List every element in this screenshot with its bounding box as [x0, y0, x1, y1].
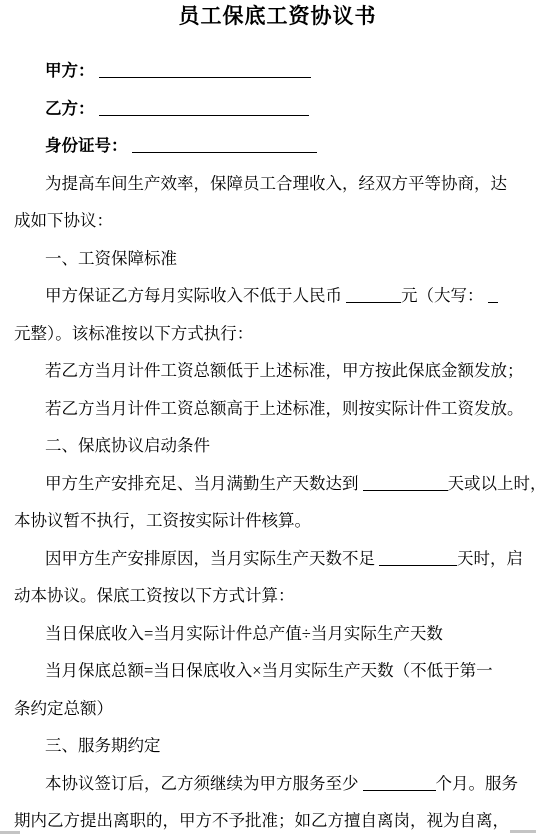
preamble-line-2: 成如下协议： — [14, 202, 541, 240]
text-run: 三、服务期约定 — [45, 736, 161, 755]
text-run: 动本协议。保底工资按以下方式计算： — [14, 586, 295, 605]
text-run: 若乙方当月计件工资总额高于上述标准，则按实际计件工资发放。 — [45, 399, 524, 418]
section-2-para2-line-1: 因甲方生产安排原因，当月实际生产天数不足天时，启 — [14, 540, 541, 578]
fill-in-blank-underline[interactable] — [379, 549, 457, 566]
fill-in-blank-underline[interactable] — [99, 99, 309, 116]
text-run: 天时，启 — [457, 549, 523, 568]
fill-in-blank-underline[interactable] — [363, 474, 448, 491]
section-1-heading: 一、工资保障标准 — [14, 240, 541, 278]
text-run: 元（大写： — [401, 286, 484, 305]
text-run: 元整）。该标准按以下方式执行： — [14, 324, 253, 343]
text-run: 天或以上时， — [448, 474, 547, 493]
section-2-para1-line-2: 本协议暂不执行，工资按实际计件核算。 — [14, 502, 541, 540]
field-label: 甲方： — [45, 61, 95, 80]
section-1-para-line-1: 甲方保证乙方每月实际收入不低于人民币元（大写： — [14, 277, 541, 315]
formula-monthly-line-2: 条约定总额） — [14, 690, 541, 728]
text-run: 甲方生产安排充足、当月满勤生产天数达到 — [45, 474, 359, 493]
text-run: 条约定总额） — [14, 699, 113, 718]
fill-in-blank-underline[interactable] — [363, 774, 436, 791]
section-3-para-line-2: 期内乙方提出离职的，甲方不予批准；如乙方擅自离岗，视为自离， — [14, 802, 541, 835]
fill-in-blank-underline[interactable] — [346, 286, 401, 303]
fill-in-blank-underline[interactable] — [132, 136, 317, 153]
fill-in-blank-underline[interactable] — [99, 61, 311, 78]
text-run: 若乙方当月计件工资总额低于上述标准，甲方按此保底金额发放； — [45, 361, 524, 380]
section-3-heading: 三、服务期约定 — [14, 727, 541, 765]
text-run: 成如下协议： — [14, 211, 113, 230]
text-run: 当日保底收入=当月实际计件总产值÷当月实际生产天数 — [45, 624, 443, 643]
document-title: 员工保底工资协议书 — [0, 3, 555, 31]
formula-daily: 当日保底收入=当月实际计件总产值÷当月实际生产天数 — [14, 615, 541, 653]
page-edge-artifact-left — [0, 831, 20, 834]
party-b-line: 乙方： — [14, 90, 541, 128]
document-body: 甲方：乙方：身份证号：为提高车间生产效率，保障员工合理收入，经双方平等协商，达成… — [0, 52, 555, 835]
text-run: 一、工资保障标准 — [45, 249, 177, 268]
text-run: 为提高车间生产效率，保障员工合理收入，经双方平等协商，达 — [45, 174, 507, 193]
field-label: 乙方： — [45, 99, 95, 118]
section-2-para1-line-1: 甲方生产安排充足、当月满勤生产天数达到天或以上时， — [14, 465, 541, 503]
text-run: 本协议暂不执行，工资按实际计件核算。 — [14, 511, 311, 530]
text-run: 甲方保证乙方每月实际收入不低于人民币 — [45, 286, 342, 305]
formula-monthly-line-1: 当月保底总额=当日保底收入×当月实际生产天数（不低于第一 — [14, 652, 541, 690]
fill-in-blank-underline[interactable] — [488, 286, 498, 303]
text-run: 当月保底总额=当日保底收入×当月实际生产天数（不低于第一 — [45, 661, 493, 680]
document-page: 员工保底工资协议书 甲方：乙方：身份证号：为提高车间生产效率，保障员工合理收入，… — [0, 0, 555, 835]
section-1-rule-low: 若乙方当月计件工资总额低于上述标准，甲方按此保底金额发放； — [14, 352, 541, 390]
section-1-para-line-2: 元整）。该标准按以下方式执行： — [14, 315, 541, 353]
text-run: 本协议签订后，乙方须继续为甲方服务至少 — [45, 774, 359, 793]
field-label: 身份证号： — [45, 136, 128, 155]
section-1-rule-high: 若乙方当月计件工资总额高于上述标准，则按实际计件工资发放。 — [14, 390, 541, 428]
section-2-heading: 二、保底协议启动条件 — [14, 427, 541, 465]
section-2-para2-line-2: 动本协议。保底工资按以下方式计算： — [14, 577, 541, 615]
text-run: 期内乙方提出离职的，甲方不予批准；如乙方擅自离岗，视为自离， — [14, 811, 509, 830]
id-number-line: 身份证号： — [14, 127, 541, 165]
preamble-line-1: 为提高车间生产效率，保障员工合理收入，经双方平等协商，达 — [14, 165, 541, 203]
text-run: 因甲方生产安排原因，当月实际生产天数不足 — [45, 549, 375, 568]
section-3-para-line-1: 本协议签订后，乙方须继续为甲方服务至少个月。服务 — [14, 765, 541, 803]
party-a-line: 甲方： — [14, 52, 541, 90]
text-run: 二、保底协议启动条件 — [45, 436, 210, 455]
text-run: 个月。服务 — [436, 774, 519, 793]
page-edge-artifact-right — [510, 830, 536, 833]
